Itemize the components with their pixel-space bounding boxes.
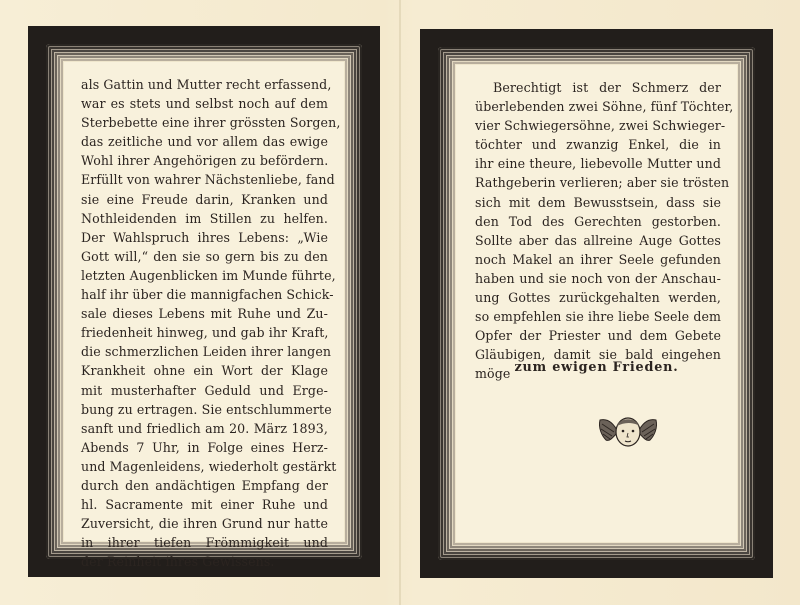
text-line: als Gattin und Mutter recht erfassend, bbox=[81, 75, 328, 94]
text-line: sie eine Freude darin, Kranken und bbox=[81, 190, 328, 209]
text-line: friedenheit hinweg, und gab ihr Kraft, bbox=[81, 323, 328, 342]
right-page-text: Berechtigt ist der Schmerz derüberlebend… bbox=[475, 78, 721, 384]
text-line: der Reinheit ihres Gewissens. bbox=[81, 552, 328, 571]
text-line: Krankheit ohne ein Wort der Klage bbox=[81, 361, 328, 380]
text-line: haben und sie noch von der Anschau- bbox=[475, 269, 721, 288]
text-line: Gott will,“ den sie so gern bis zu den bbox=[81, 247, 328, 266]
text-line: war es stets und selbst noch auf dem bbox=[81, 94, 328, 113]
memorial-card: als Gattin und Mutter recht erfassend,wa… bbox=[0, 0, 800, 605]
text-line: so empfehlen sie ihre liebe Seele dem bbox=[475, 307, 721, 326]
text-line: Opfer der Priester und dem Gebete bbox=[475, 326, 721, 345]
text-line: Wohl ihrer Angehörigen zu befördern. bbox=[81, 151, 328, 170]
text-line: in ihrer tiefen Frömmigkeit und bbox=[81, 533, 328, 552]
right-page-frame: Berechtigt ist der Schmerz derüberlebend… bbox=[420, 29, 773, 578]
closing-phrase: zum ewigen Frieden. bbox=[456, 360, 737, 375]
left-page-frame: als Gattin und Mutter recht erfassend,wa… bbox=[28, 26, 380, 577]
text-line: das zeitliche und vor allem das ewige bbox=[81, 132, 328, 151]
text-line: hl. Sacramente mit einer Ruhe und bbox=[81, 495, 328, 514]
text-line: Nothleidenden im Stillen zu helfen. bbox=[81, 209, 328, 228]
text-line: Rathgeberin verlieren; aber sie trösten bbox=[475, 173, 721, 192]
text-line: ung Gottes zurückgehalten werden, bbox=[475, 288, 721, 307]
text-line: mit musterhafter Geduld und Erge- bbox=[81, 381, 328, 400]
text-line: noch Makel an ihrer Seele gefunden bbox=[475, 250, 721, 269]
right-page: Berechtigt ist der Schmerz derüberlebend… bbox=[456, 65, 737, 542]
text-line: Berechtigt ist der Schmerz der bbox=[475, 78, 721, 97]
text-line: vier Schwiegersöhne, zwei Schwieger- bbox=[475, 116, 721, 135]
text-line: die schmerzlichen Leiden ihrer langen bbox=[81, 342, 328, 361]
text-line: letzten Augenblicken im Munde führte, bbox=[81, 266, 328, 285]
text-line: Zuversicht, die ihren Grund nur hatte bbox=[81, 514, 328, 533]
left-page-text: als Gattin und Mutter recht erfassend,wa… bbox=[81, 75, 328, 571]
left-page: als Gattin und Mutter recht erfassend,wa… bbox=[64, 62, 344, 541]
text-line: töchter und zwanzig Enkel, die in bbox=[475, 135, 721, 154]
text-line: Sollte aber das allreine Auge Gottes bbox=[475, 231, 721, 250]
text-line: Der Wahlspruch ihres Lebens: „Wie bbox=[81, 228, 328, 247]
text-line: sale dieses Lebens mit Ruhe und Zu- bbox=[81, 304, 328, 323]
text-line: und Magenleidens, wiederholt gestärkt bbox=[81, 457, 328, 476]
text-line: sich mit dem Bewusstsein, dass sie bbox=[475, 193, 721, 212]
text-line: durch den andächtigen Empfang der bbox=[81, 476, 328, 495]
text-line: sanft und friedlich am 20. März 1893, bbox=[81, 419, 328, 438]
text-line: bung zu ertragen. Sie entschlummerte bbox=[81, 400, 328, 419]
text-line: Sterbebette eine ihrer grössten Sorgen, bbox=[81, 113, 328, 132]
text-line: Erfüllt von wahrer Nächstenliebe, fand bbox=[81, 170, 328, 189]
text-line: half ihr über die mannigfachen Schick- bbox=[81, 285, 328, 304]
text-line: ihr eine theure, liebevolle Mutter und bbox=[475, 154, 721, 173]
center-fold bbox=[399, 0, 401, 605]
text-line: Abends 7 Uhr, in Folge eines Herz- bbox=[81, 438, 328, 457]
text-line: den Tod des Gerechten gestorben. bbox=[475, 212, 721, 231]
cherub-icon bbox=[594, 412, 662, 452]
text-line: überlebenden zwei Söhne, fünf Töchter, bbox=[475, 97, 721, 116]
